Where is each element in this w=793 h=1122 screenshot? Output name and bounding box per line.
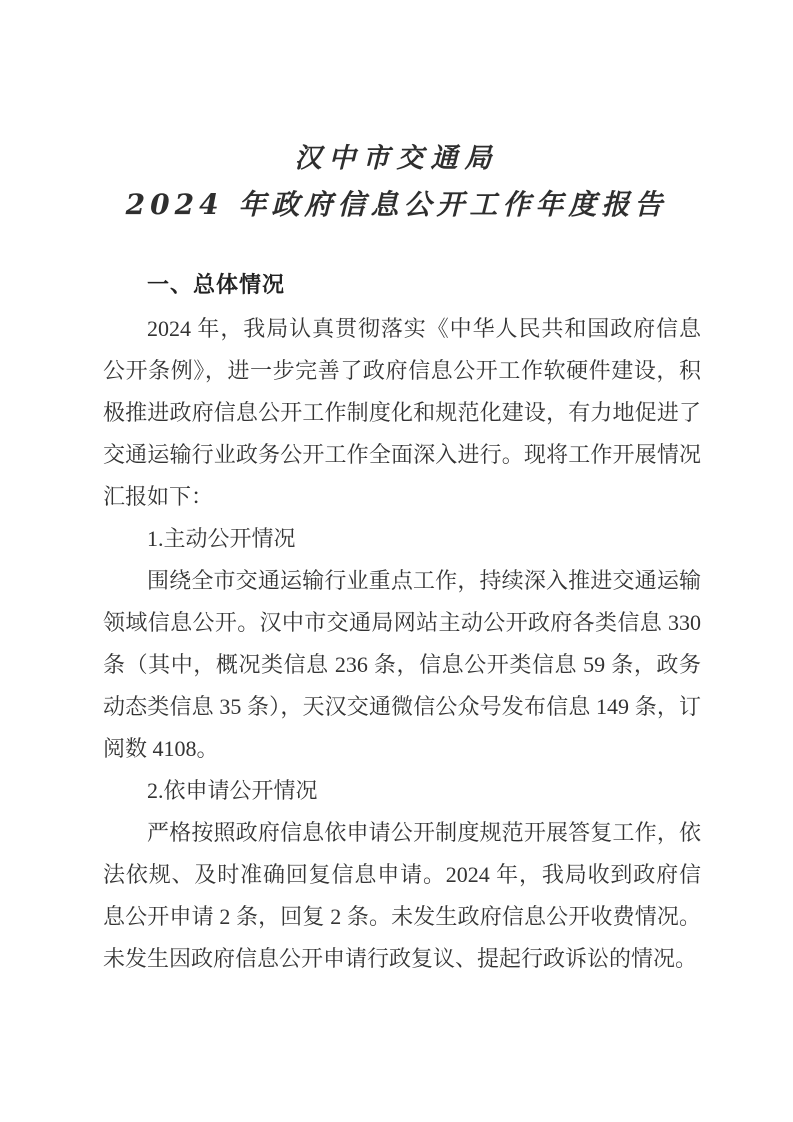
- title-line-1: 汉中市交通局: [0, 141, 793, 177]
- subsection-heading-disclosure-upon-request: 2.依申请公开情况: [103, 770, 701, 812]
- paragraph-overview: 2024 年，我局认真贯彻落实《中华人民共和国政府信息公开条例》，进一步完善了政…: [103, 308, 701, 518]
- paragraph-disclosure-upon-request: 严格按照政府信息依申请公开制度规范开展答复工作，依法依规、及时准确回复信息申请。…: [103, 812, 701, 980]
- title-line-2: 2024 年政府信息公开工作年度报告: [0, 186, 793, 224]
- subsection-heading-proactive-disclosure: 1.主动公开情况: [103, 518, 701, 560]
- document-body: 一、总体情况 2024 年，我局认真贯彻落实《中华人民共和国政府信息公开条例》，…: [103, 264, 701, 980]
- document-page: 汉中市交通局 2024 年政府信息公开工作年度报告 一、总体情况 2024 年，…: [0, 0, 793, 1122]
- document-title: 汉中市交通局 2024 年政府信息公开工作年度报告: [0, 141, 793, 224]
- section-heading-overall-situation: 一、总体情况: [103, 264, 701, 306]
- paragraph-proactive-disclosure: 围绕全市交通运输行业重点工作，持续深入推进交通运输领域信息公开。汉中市交通局网站…: [103, 560, 701, 770]
